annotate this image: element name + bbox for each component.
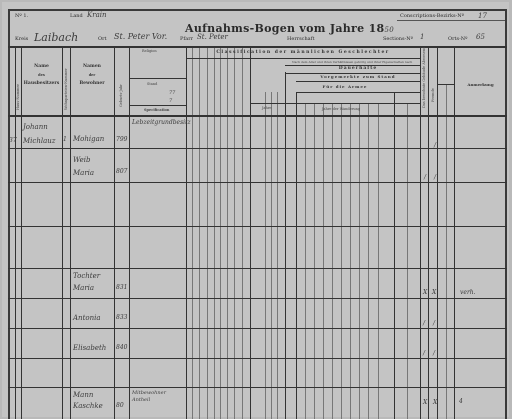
kreis-label: Kreis (15, 36, 28, 42)
geburtsjahr: 80 (116, 402, 124, 409)
mark: / (434, 174, 436, 181)
religion-header: Religion (142, 49, 157, 53)
bewohner-name: Weib Maria (73, 154, 113, 180)
anmerkung-header: Anmerkung (454, 82, 507, 87)
mark: / (434, 142, 436, 149)
hausbesitzer-name: Johann Michlauz (23, 120, 61, 148)
conscription-label: Conscriptions-Bezirks-Nº (400, 13, 464, 19)
geburtsjahr-header: Geburts-Jahr (119, 67, 123, 107)
mark: / (424, 174, 426, 181)
herrschaft-label: Herrschaft (287, 36, 315, 42)
mark: / (433, 350, 435, 357)
conscription-value: 17 (478, 12, 487, 20)
orts-value: 65 (476, 33, 485, 41)
bewohner-name: Mann Kaschke (73, 390, 113, 412)
bewohner-name: Mohigan (73, 135, 104, 143)
haus-nummer: 37 (9, 137, 17, 144)
geburtsjahr: 831 (116, 284, 127, 291)
wehrpflicht-header: Nach dem Alter und ihren Verhältnissen g… (292, 60, 412, 64)
mark: X (432, 289, 436, 296)
mark: / (423, 350, 425, 357)
jahre-header: Jahre (262, 106, 272, 110)
mark: X (423, 289, 427, 296)
wohnparteien-header: Wohnparteien-Nummer (64, 60, 68, 110)
sections-label: Sections-Nº (383, 36, 413, 42)
census-sheet: Nº 1. Land Krain Aufnahms-Bogen vom Jahr… (2, 2, 509, 417)
dauerhafte-header: Dauerhafte (296, 66, 420, 71)
abwesend-header: Das bewohnte Gebäude Abwesend (422, 54, 426, 108)
geburtsjahr: 799 (116, 136, 127, 143)
fremde-header: Fremde (431, 62, 435, 102)
kreis-value: Laibach (34, 31, 78, 44)
sections-value: 1 (420, 33, 424, 41)
land-label: Land (70, 13, 83, 19)
classification-header: Classification der männlichen Geschlecht… (186, 50, 420, 55)
stand-header: Stand (147, 82, 157, 86)
specification-header: Specification (144, 108, 169, 112)
geburtsjahr: 833 (116, 314, 127, 321)
mark: / (423, 320, 425, 327)
armee-header: Für die Armee (296, 84, 394, 89)
ort-value: St. Peter Vor. (114, 32, 167, 41)
form-number: Nº 1. (15, 13, 28, 19)
mark: X (433, 399, 437, 406)
vorgemerkte-header: Vorgemerkte zum Stand (296, 74, 420, 79)
note: 4 (459, 398, 463, 405)
wanderung-header: Jahre der Wanderung (322, 107, 360, 111)
specification: Lebzeitgrundbesitz (132, 119, 191, 126)
bewohner-header: Namen der Bewohner (70, 64, 114, 86)
hausbesitzer-header: Name des Hausbesitzers (21, 64, 62, 86)
land-value: Krain (87, 11, 107, 19)
bewohner-name: Tochter Maria (73, 270, 113, 294)
stand-value: 7 (169, 98, 172, 104)
orts-label: Orts-Nº (448, 36, 467, 42)
haus-nummer-header: Haus-Nummer (16, 60, 20, 110)
pfarr-value: St. Peter (197, 33, 228, 41)
note: verh. (460, 289, 476, 296)
bewohner-name: Antonia (73, 314, 101, 322)
mark: X (423, 399, 427, 406)
partei-nummer: 1 (63, 136, 67, 143)
bewohner-name: Elisabeth (73, 344, 106, 352)
mark: / (433, 320, 435, 327)
geburtsjahr: 807 (116, 168, 127, 175)
stand-value: 77 (169, 90, 175, 96)
ort-label: Ort (98, 36, 107, 42)
pfarr-label: Pfarr (180, 36, 193, 42)
specification: Mitbewohner Antheil (132, 390, 182, 404)
geburtsjahr: 840 (116, 344, 127, 351)
